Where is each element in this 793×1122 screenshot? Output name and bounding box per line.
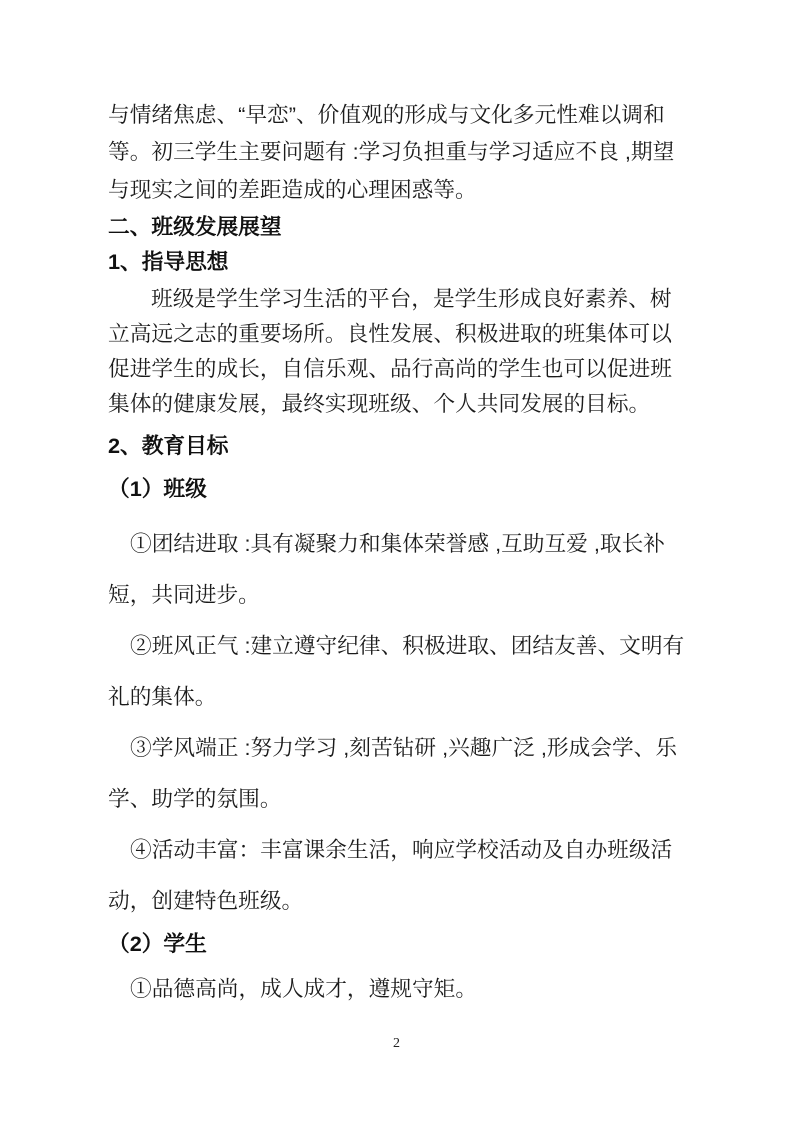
body-text-line: 立高远之志的重要场所。良性发展、积极进取的班集体可以: [108, 321, 672, 347]
body-text-line: 等。初三学生主要问题有 :学习负担重与学习适应不良 ,期望: [108, 139, 674, 165]
list-item-line: ④活动丰富：丰富课余生活，响应学校活动及自办班级活: [130, 837, 672, 863]
list-item-line: 短，共同进步。: [108, 582, 260, 608]
subsection-heading: （1）班级: [108, 476, 207, 502]
list-item-line: ①团结进取 :具有凝聚力和集体荣誉感 ,互助互爱 ,取长补: [130, 531, 665, 557]
subsection-heading: 2、教育目标: [108, 433, 229, 459]
list-item-line: ①品德高尚，成人成才，遵规守矩。: [130, 976, 477, 1002]
subsection-heading: （2）学生: [108, 931, 207, 957]
subsection-heading: 1、指导思想: [108, 249, 229, 275]
list-item-line: 学、助学的氛围。: [108, 786, 282, 812]
body-text-line: 班级是学生学习生活的平台，是学生形成良好素养、树: [151, 286, 672, 312]
body-text-line: 促进学生的成长，自信乐观、品行高尚的学生也可以促进班: [108, 356, 672, 382]
body-text-line: 集体的健康发展，最终实现班级、个人共同发展的目标。: [108, 391, 650, 417]
list-item-line: 动，创建特色班级。: [108, 888, 303, 914]
body-text-line: 与情绪焦虑、“早恋”、价值观的形成与文化多元性难以调和: [108, 102, 665, 128]
document-page: 与情绪焦虑、“早恋”、价值观的形成与文化多元性难以调和 等。初三学生主要问题有 …: [0, 0, 793, 1122]
list-item-line: ②班风正气 :建立遵守纪律、积极进取、团结友善、文明有: [130, 633, 684, 659]
page-number: 2: [0, 1036, 793, 1052]
body-text-line: 与现实之间的差距造成的心理困惑等。: [108, 177, 477, 203]
list-item-line: 礼的集体。: [108, 684, 216, 710]
list-item-line: ③学风端正 :努力学习 ,刻苦钻研 ,兴趣广泛 ,形成会学、乐: [130, 735, 677, 761]
section-heading: 二、班级发展展望: [108, 214, 282, 240]
